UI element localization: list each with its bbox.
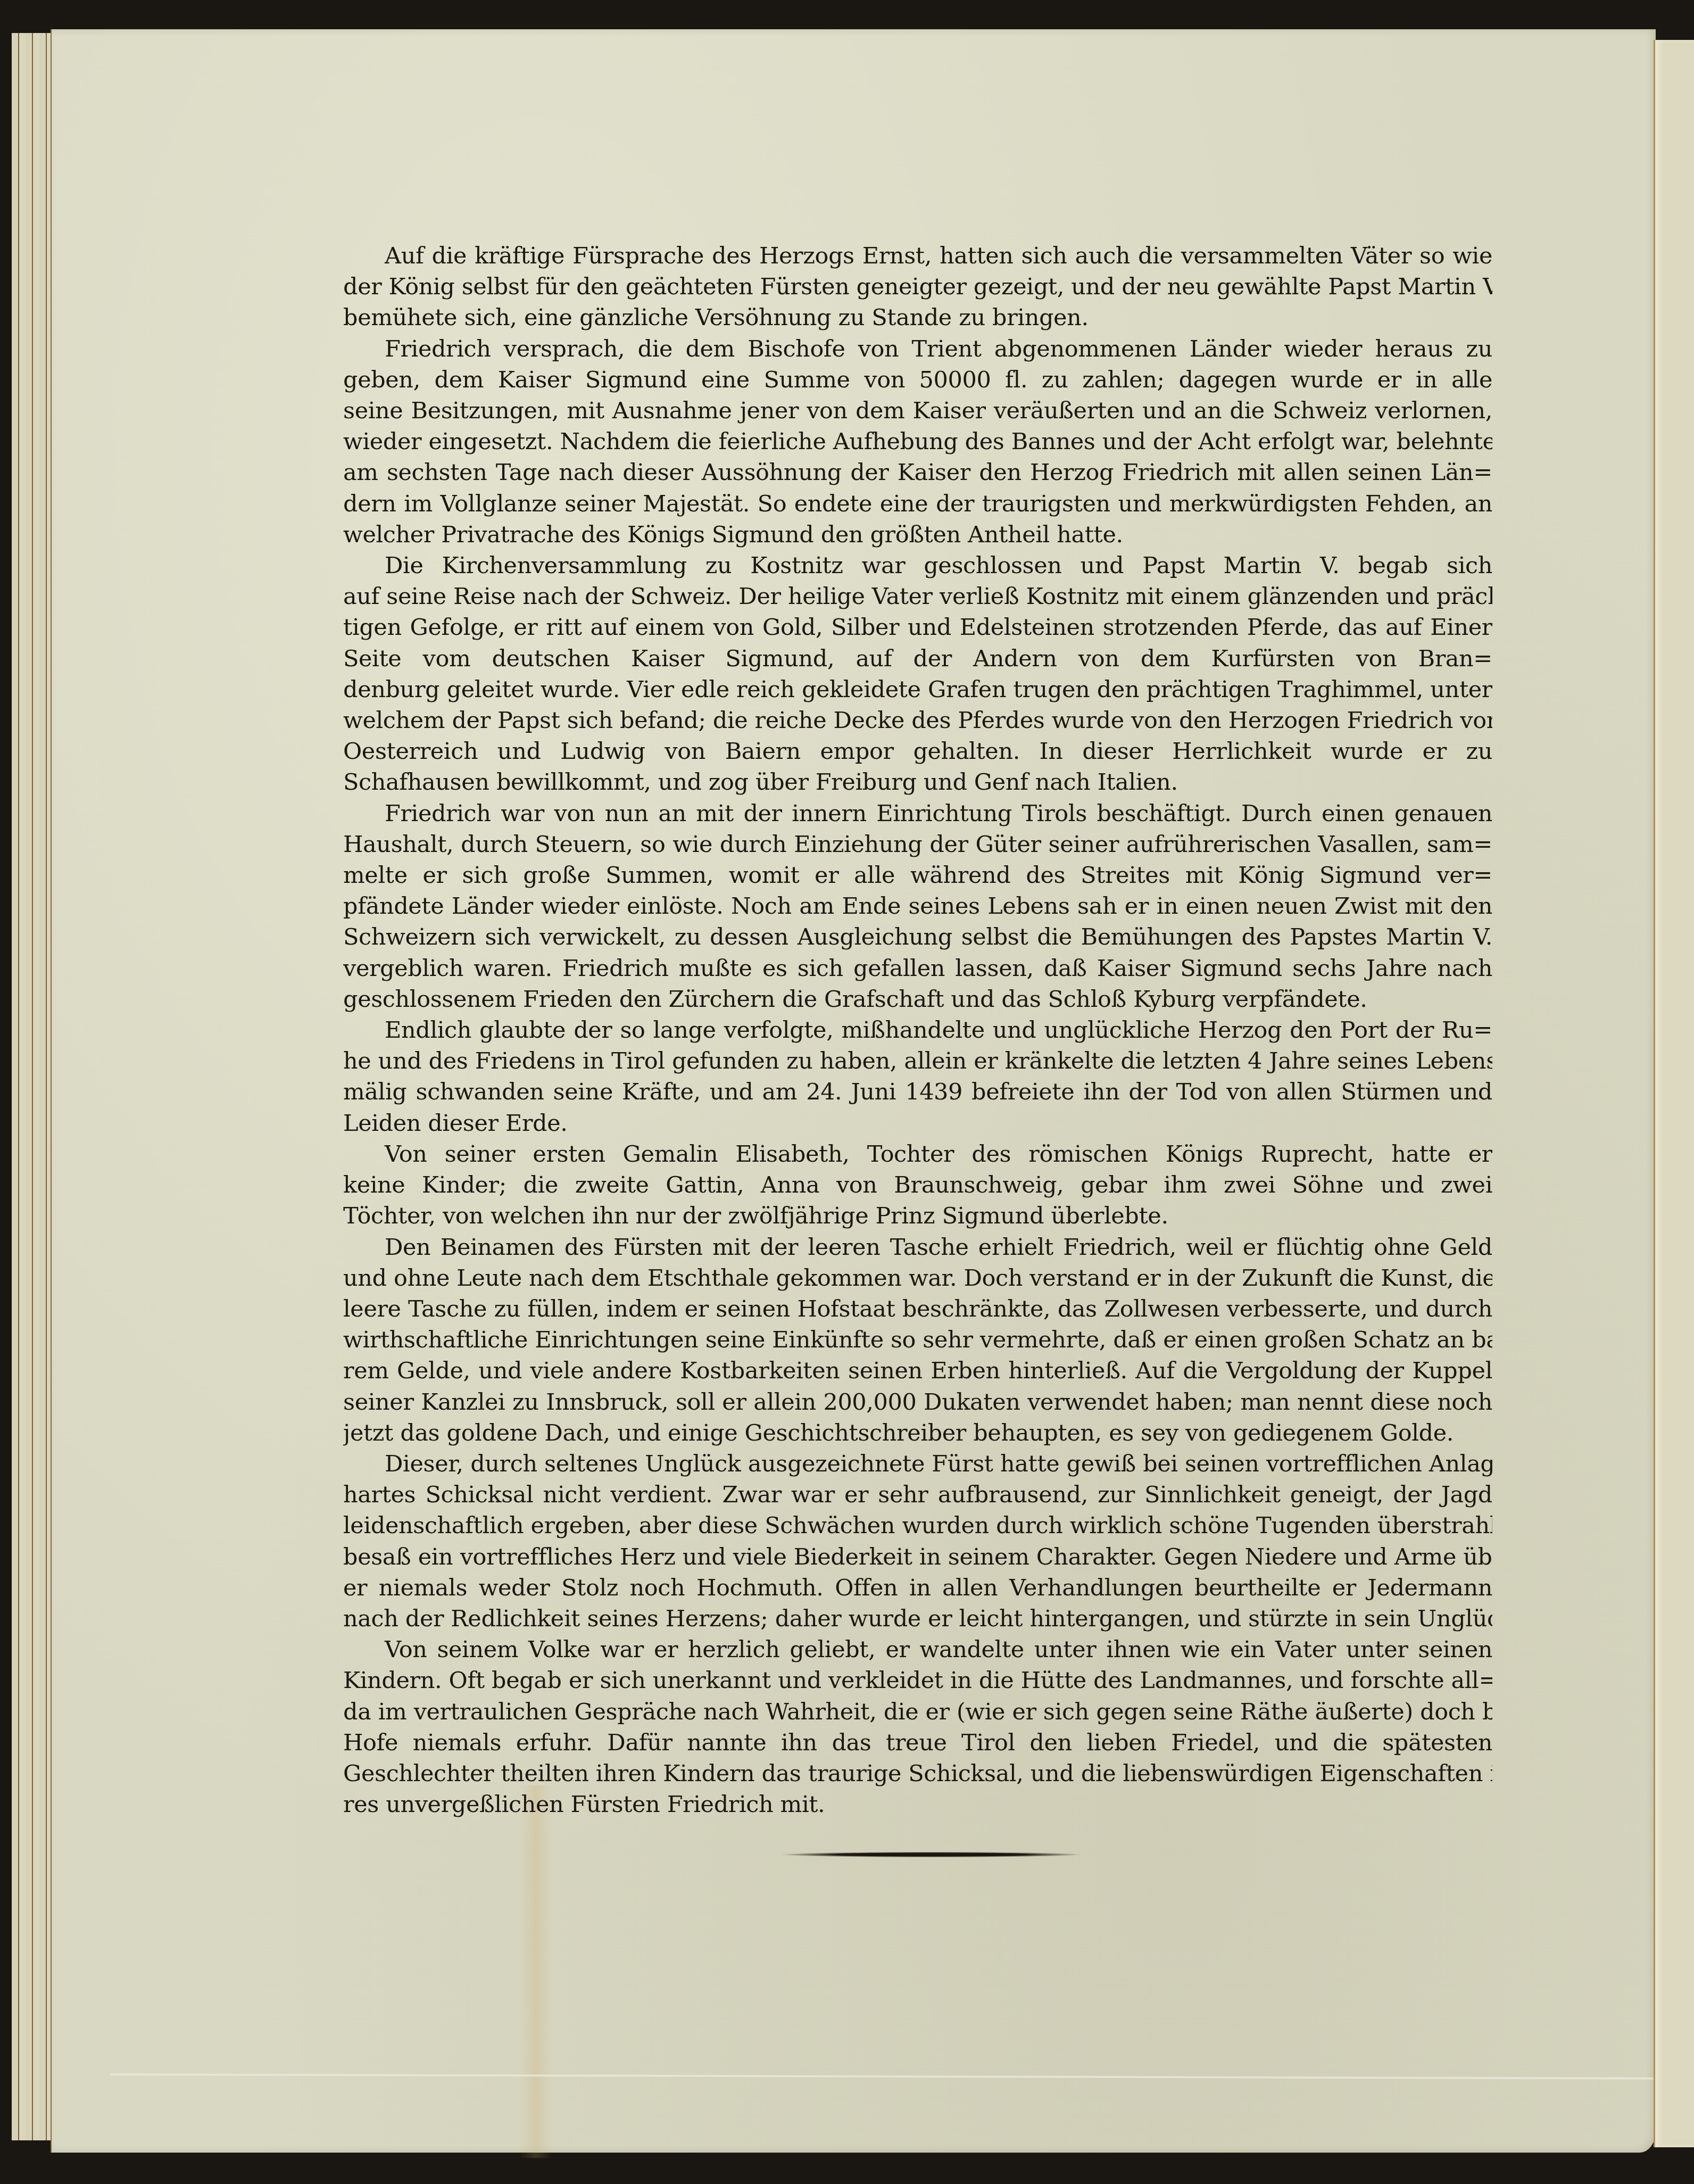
text-line: dern im Vollglanze seiner Majestät. So e… xyxy=(343,489,1492,519)
water-stain xyxy=(520,1785,552,2158)
text-line: Von seinem Volke war er herzlich geliebt… xyxy=(343,1634,1492,1665)
paragraph: Die Kirchenversammlung zu Kostnitz war g… xyxy=(343,550,1492,798)
paragraph: Auf die kräftige Fürsprache des Herzogs … xyxy=(343,241,1492,334)
body-text: Auf die kräftige Fürsprache des Herzogs … xyxy=(343,241,1492,1820)
text-line: auf seine Reise nach der Schweiz. Der he… xyxy=(343,581,1492,612)
text-line: res unvergeßlichen Fürsten Friedrich mit… xyxy=(343,1789,1492,1820)
text-line: er niemals weder Stolz noch Hochmuth. Of… xyxy=(343,1573,1492,1603)
text-line: Schweizern sich verwickelt, zu dessen Au… xyxy=(343,922,1492,953)
text-line: bemühete sich, eine gänzliche Versöhnung… xyxy=(343,302,1492,333)
text-line: Friedrich versprach, die dem Bischofe vo… xyxy=(343,334,1492,365)
text-line: seiner Kanzlei zu Innsbruck, soll er all… xyxy=(343,1387,1492,1418)
text-line: Von seiner ersten Gemalin Elisabeth, Toc… xyxy=(343,1139,1492,1170)
paragraph: Dieser, durch seltenes Unglück ausgezeic… xyxy=(343,1449,1492,1634)
text-line: Kindern. Oft begab er sich unerkannt und… xyxy=(343,1665,1492,1696)
paragraph: Friedrich war von nun an mit der innern … xyxy=(343,798,1492,1015)
facing-page-edge xyxy=(1654,40,1694,2147)
text-line: der König selbst für den geächteten Fürs… xyxy=(343,271,1492,302)
text-line: Oesterreich und Ludwig von Baiern empor … xyxy=(343,736,1492,767)
text-line: Friedrich war von nun an mit der innern … xyxy=(343,798,1492,829)
text-line: Leiden dieser Erde. xyxy=(343,1108,1492,1139)
text-line: seine Besitzungen, mit Ausnahme jener vo… xyxy=(343,395,1492,426)
section-end-rule xyxy=(782,1852,1080,1857)
fold-crease xyxy=(110,2073,1694,2080)
paragraph: Den Beinamen des Fürsten mit der leeren … xyxy=(343,1232,1492,1449)
text-line: tigen Gefolge, er ritt auf einem von Gol… xyxy=(343,612,1492,643)
text-line: welchem der Papst sich befand; die reich… xyxy=(343,705,1492,736)
text-line: Endlich glaubte der so lange verfolgte, … xyxy=(343,1015,1492,1046)
paragraph: Von seinem Volke war er herzlich geliebt… xyxy=(343,1634,1492,1820)
text-line: hartes Schicksal nicht verdient. Zwar wa… xyxy=(343,1479,1492,1510)
text-line: denburg geleitet wurde. Vier edle reich … xyxy=(343,674,1492,705)
text-line: geschlossenem Frieden den Zürchern die G… xyxy=(343,984,1492,1015)
text-line: Die Kirchenversammlung zu Kostnitz war g… xyxy=(343,550,1492,581)
text-line: welcher Privatrache des Königs Sigmund d… xyxy=(343,519,1492,550)
text-line: Haushalt, durch Steuern, so wie durch Ei… xyxy=(343,829,1492,860)
text-line: jetzt das goldene Dach, und einige Gesch… xyxy=(343,1418,1492,1449)
text-line: am sechsten Tage nach dieser Aussöhnung … xyxy=(343,457,1492,488)
text-line: Auf die kräftige Fürsprache des Herzogs … xyxy=(343,241,1492,271)
text-line: Töchter, von welchen ihn nur der zwölfjä… xyxy=(343,1201,1492,1231)
text-line: wieder eingesetzt. Nachdem die feierlich… xyxy=(343,426,1492,457)
text-line: Hofe niemals erfuhr. Dafür nannte ihn da… xyxy=(343,1727,1492,1758)
text-line: pfändete Länder wieder einlöste. Noch am… xyxy=(343,891,1492,922)
text-line: leere Tasche zu füllen, indem er seinen … xyxy=(343,1294,1492,1325)
paragraph: Friedrich versprach, die dem Bischofe vo… xyxy=(343,334,1492,550)
text-line: Geschlechter theilten ihren Kindern das … xyxy=(343,1758,1492,1789)
text-line: nach der Redlichkeit seines Herzens; dah… xyxy=(343,1603,1492,1634)
text-line: leidenschaftlich ergeben, aber diese Sch… xyxy=(343,1510,1492,1541)
text-line: Schafhausen bewillkommt, und zog über Fr… xyxy=(343,767,1492,798)
page-stack-edges xyxy=(12,33,54,2140)
text-line: da im vertraulichen Gespräche nach Wahrh… xyxy=(343,1697,1492,1727)
text-line: geben, dem Kaiser Sigmund eine Summe von… xyxy=(343,365,1492,395)
text-line: wirthschaftliche Einrichtungen seine Ein… xyxy=(343,1325,1492,1355)
text-line: keine Kinder; die zweite Gattin, Anna vo… xyxy=(343,1170,1492,1201)
text-line: he und des Friedens in Tirol gefunden zu… xyxy=(343,1046,1492,1077)
text-line: und ohne Leute nach dem Etschthale gekom… xyxy=(343,1263,1492,1294)
paragraph: Endlich glaubte der so lange verfolgte, … xyxy=(343,1015,1492,1139)
text-line: mälig schwanden seine Kräfte, und am 24.… xyxy=(343,1077,1492,1107)
text-line: besaß ein vortreffliches Herz und viele … xyxy=(343,1542,1492,1573)
paragraph: Von seiner ersten Gemalin Elisabeth, Toc… xyxy=(343,1139,1492,1232)
text-line: rem Gelde, und viele andere Kostbarkeite… xyxy=(343,1355,1492,1386)
text-line: melte er sich große Summen, womit er all… xyxy=(343,860,1492,891)
text-line: Seite vom deutschen Kaiser Sigmund, auf … xyxy=(343,643,1492,674)
text-line: Den Beinamen des Fürsten mit der leeren … xyxy=(343,1232,1492,1263)
text-line: vergeblich waren. Friedrich mußte es sic… xyxy=(343,953,1492,984)
text-line: Dieser, durch seltenes Unglück ausgezeic… xyxy=(343,1449,1492,1479)
